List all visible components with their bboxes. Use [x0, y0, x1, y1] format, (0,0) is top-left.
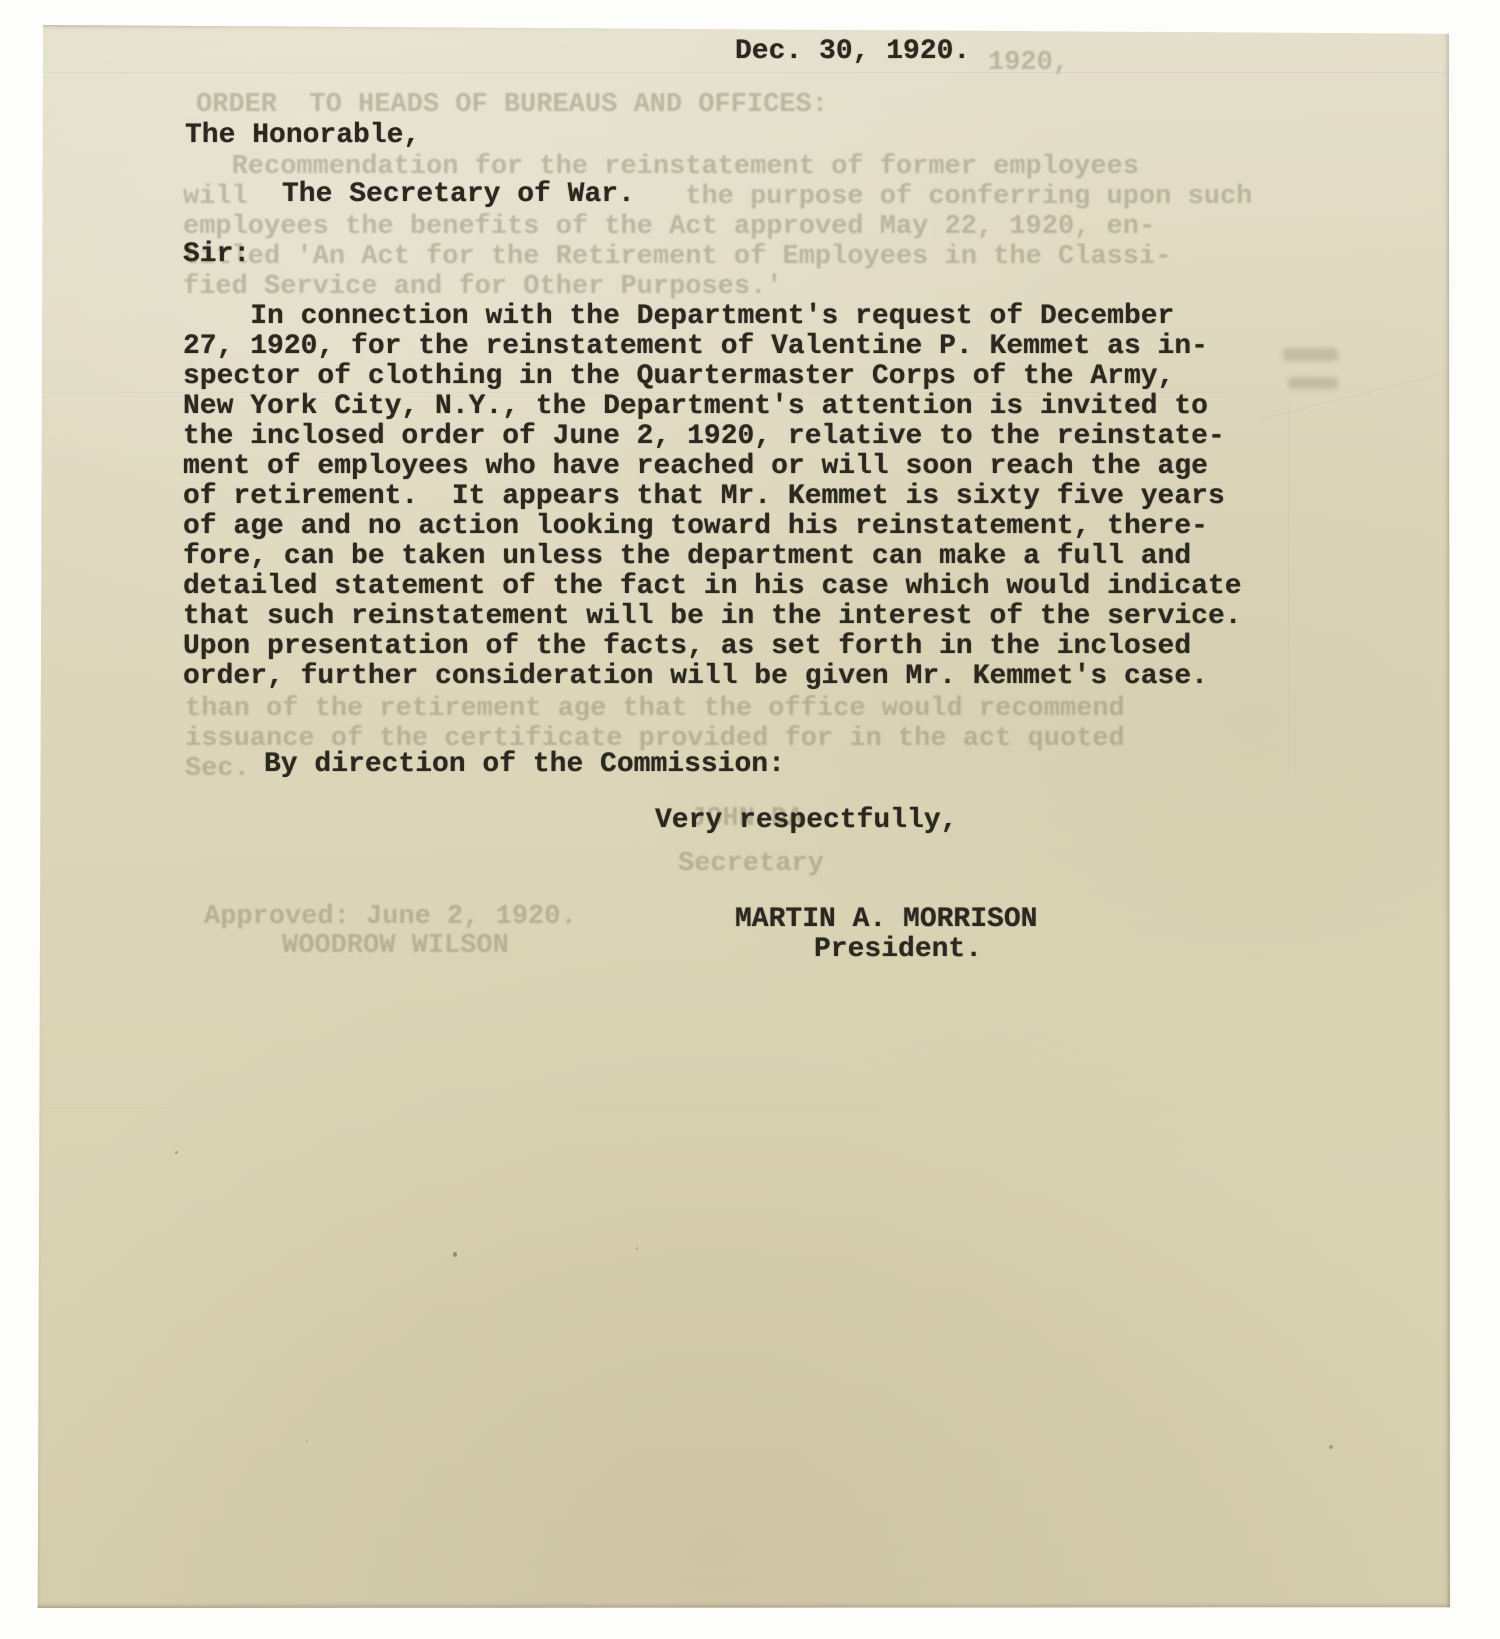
letter-page: 1920, ORDER TO HEADS OF BUREAUS AND OFFI… [36, 25, 1450, 1608]
recipient-line-2: The Secretary of War. [282, 180, 635, 210]
signature-name: MARTIN A. MORRISON [735, 905, 1037, 935]
scan-background: { "letter": { "date": "Dec. 30, 1920.", … [0, 0, 1500, 1639]
fold-crease [1260, 367, 1469, 421]
signature-title: President. [814, 935, 982, 965]
ghost-approved-line: Approved: June 2, 1920. [204, 902, 577, 932]
salutation: Sir: [183, 240, 250, 270]
ghost-approved-name: WOODROW WILSON [282, 931, 509, 961]
paper-speck [1329, 1445, 1333, 1449]
fold-crease [36, 72, 1450, 74]
paper-speck [453, 1252, 457, 1257]
paper-speck [636, 1247, 638, 1250]
ghost-header-line: ORDER TO HEADS OF BUREAUS AND OFFICES: [196, 90, 828, 120]
ink-smudge [1288, 377, 1338, 389]
date-line: Dec. 30, 1920. [735, 37, 970, 67]
ghost-signature-title: Secretary [678, 849, 824, 879]
ghost-date-fragment: 1920, [988, 48, 1069, 78]
ink-smudge [1283, 348, 1338, 361]
body-paragraph: In connection with the Department's requ… [183, 302, 1242, 692]
valediction: Very respectfully, [655, 806, 957, 836]
direction-line: By direction of the Commission: [264, 750, 785, 780]
fold-crease [36, 1108, 1450, 1110]
paper-speck [175, 1151, 178, 1154]
ghost-paragraph-1: Recommendation for the reinstatement of … [183, 152, 1252, 302]
fold-crease [1288, 405, 1290, 770]
recipient-line-1: The Honorable, [185, 121, 420, 151]
paper-speck [306, 1440, 308, 1442]
